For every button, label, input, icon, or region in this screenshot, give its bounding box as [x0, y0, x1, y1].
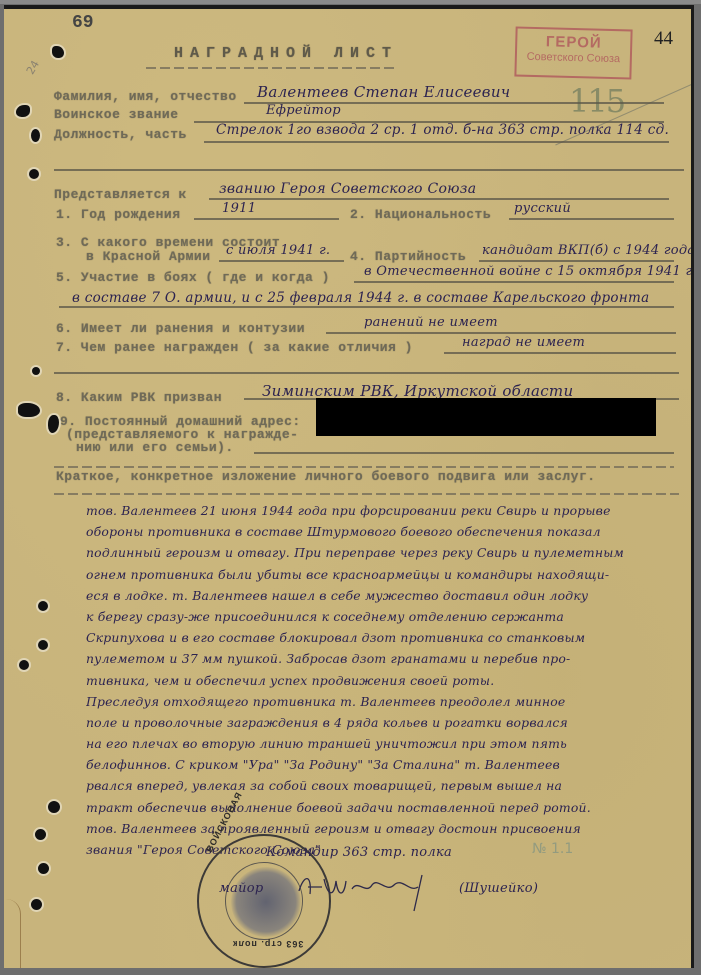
hero-stamp: ГЕРОЙ Советского Союза: [514, 26, 632, 79]
hero-stamp-line2: Советского Союза: [517, 51, 630, 66]
narrative-line: Преследуя отходящего противника т. Вален…: [86, 691, 686, 712]
field-rule: [204, 141, 669, 143]
punch-hole: [38, 863, 49, 874]
seal-text-bottom: 363 стр. полк: [232, 939, 303, 949]
document-title: НАГРАДНОЙ ЛИСТ: [174, 45, 398, 62]
punch-hole: [31, 129, 40, 142]
punch-hole: [32, 367, 40, 375]
field-label-rank: Воинское звание: [54, 107, 179, 122]
margin-pencil-mark: 24: [24, 58, 42, 77]
narrative-line: Скрипухова и в его составе блокировал дз…: [86, 627, 686, 648]
hero-stamp-line1: ГЕРОЙ: [517, 33, 630, 53]
field-rule: [444, 352, 676, 354]
narrative-line: на его плечах во вторую линию траншей ун…: [86, 733, 686, 754]
signature-scrawl: [294, 869, 454, 899]
field-label-position: Должность, часть: [54, 127, 187, 142]
narrative-line: белофиннов. С криком "Ура" "За Родину" "…: [86, 754, 686, 775]
narrative-line: тов. Валентеев за проявленный героизм и …: [86, 818, 686, 839]
field-label-nominated-for: Представляется к: [54, 187, 187, 202]
signature-title: Командир 363 стр. полка: [266, 845, 452, 860]
field-value-battles-line1: в Отечественной войне с 15 октября 1941 …: [364, 264, 694, 279]
title-underline: [146, 67, 394, 69]
field-value-battles-line2: в составе 7 О. армии, и с 25 февраля 194…: [72, 290, 650, 306]
punch-hole: [18, 403, 40, 417]
field-label-party: 4. Партийность: [350, 249, 466, 264]
field-label-wounds: 6. Имеет ли ранения и контузии: [56, 321, 305, 336]
archive-page-number-left: 69: [72, 13, 94, 33]
narrative-line: поле и проволочные заграждения в 4 ряда …: [86, 712, 686, 733]
field-label-address-line3: нию или его семьи).: [76, 440, 234, 455]
narrative-line: огнем противника были убиты все красноар…: [86, 564, 686, 585]
punch-hole: [48, 415, 59, 433]
field-rule: [254, 452, 674, 454]
pencil-note: № 1.1: [532, 841, 573, 857]
field-value-rank: Ефрейтор: [266, 103, 341, 118]
punch-hole: [19, 660, 29, 670]
narrative-line: тов. Валентеев 21 июня 1944 года при фор…: [86, 500, 686, 521]
field-label-service-since-line2: в Красной Армии: [86, 249, 211, 264]
punch-hole: [48, 801, 60, 813]
field-rule: [219, 260, 344, 262]
punch-hole: [38, 640, 48, 650]
field-value-nominated-for: званию Героя Советского Союза: [219, 181, 476, 197]
narrative-line: тракт обеспечив выполнение боевой задачи…: [86, 797, 686, 818]
field-value-wounds: ранений не имеет: [364, 315, 498, 330]
narrative-line: к берегу сразу-же присоединился к соседн…: [86, 606, 686, 627]
narrative-line: пулеметом и 37 мм пушкой. Забросав дзот …: [86, 648, 686, 669]
pencil-mark: 115: [569, 82, 624, 120]
punch-hole: [31, 899, 42, 910]
field-value-nationality: русский: [514, 201, 571, 216]
signature-name: (Шушейко): [459, 881, 538, 896]
field-label-name: Фамилия, имя, отчество: [54, 89, 237, 104]
seal-inner-ring: [225, 862, 303, 940]
field-rule: [209, 198, 669, 200]
field-value-birth-year: 1911: [222, 201, 256, 216]
field-label-rvk: 8. Каким РВК призван: [56, 390, 222, 405]
field-value-position: Стрелок 1го взвода 2 ср. 1 отд. б-на 363…: [216, 122, 669, 138]
paper-edge-crease: [6, 899, 21, 968]
field-rule: [59, 306, 674, 308]
field-value-service-since: с июля 1941 г.: [226, 243, 330, 258]
section-divider: [54, 466, 674, 468]
narrative-line: обороны противника в составе Штурмового …: [86, 521, 686, 542]
section-divider: [54, 169, 684, 171]
field-label-battles: 5. Участие в боях ( где и когда ): [56, 270, 330, 285]
field-label-nationality: 2. Национальность: [350, 207, 491, 222]
redaction-bar: [316, 398, 656, 436]
field-rule: [479, 260, 674, 262]
field-value-name: Валентеев Степан Елисеевич: [257, 83, 510, 101]
summary-label: Краткое, конкретное изложение личного бо…: [56, 469, 596, 484]
field-rule: [509, 218, 674, 220]
scan-frame: [0, 0, 701, 4]
field-value-prior-awards: наград не имеет: [462, 335, 585, 350]
punch-hole: [16, 105, 30, 117]
punch-hole: [29, 169, 39, 179]
narrative-line: тивника, чем и обеспечил успех продвижен…: [86, 670, 686, 691]
signature-rank: майор: [219, 881, 264, 896]
field-rule: [326, 332, 676, 334]
section-divider: [54, 372, 679, 374]
narrative-line: подлинный героизм и отвагу. При переправ…: [86, 542, 686, 563]
narrative-line: еся в лодке. т. Валентеев нашел в себе м…: [86, 585, 686, 606]
field-label-birth-year: 1. Год рождения: [56, 207, 181, 222]
narrative: тов. Валентеев 21 июня 1944 года при фор…: [86, 500, 686, 860]
field-rule: [354, 281, 674, 283]
field-value-party: кандидат ВКП(б) с 1944 года: [482, 243, 694, 258]
punch-hole: [52, 46, 64, 58]
field-rule: [194, 218, 339, 220]
award-sheet-page: 69 44 24 ГЕРОЙ Советского Союза 115 НАГР…: [4, 5, 694, 968]
punch-hole: [35, 829, 46, 840]
narrative-line: рвался вперед, увлекая за собой своих то…: [86, 775, 686, 796]
field-label-prior-awards: 7. Чем ранее награжден ( за какие отличи…: [56, 340, 413, 355]
archive-page-number-right: 44: [654, 28, 673, 50]
punch-hole: [38, 601, 48, 611]
section-divider: [54, 493, 679, 495]
